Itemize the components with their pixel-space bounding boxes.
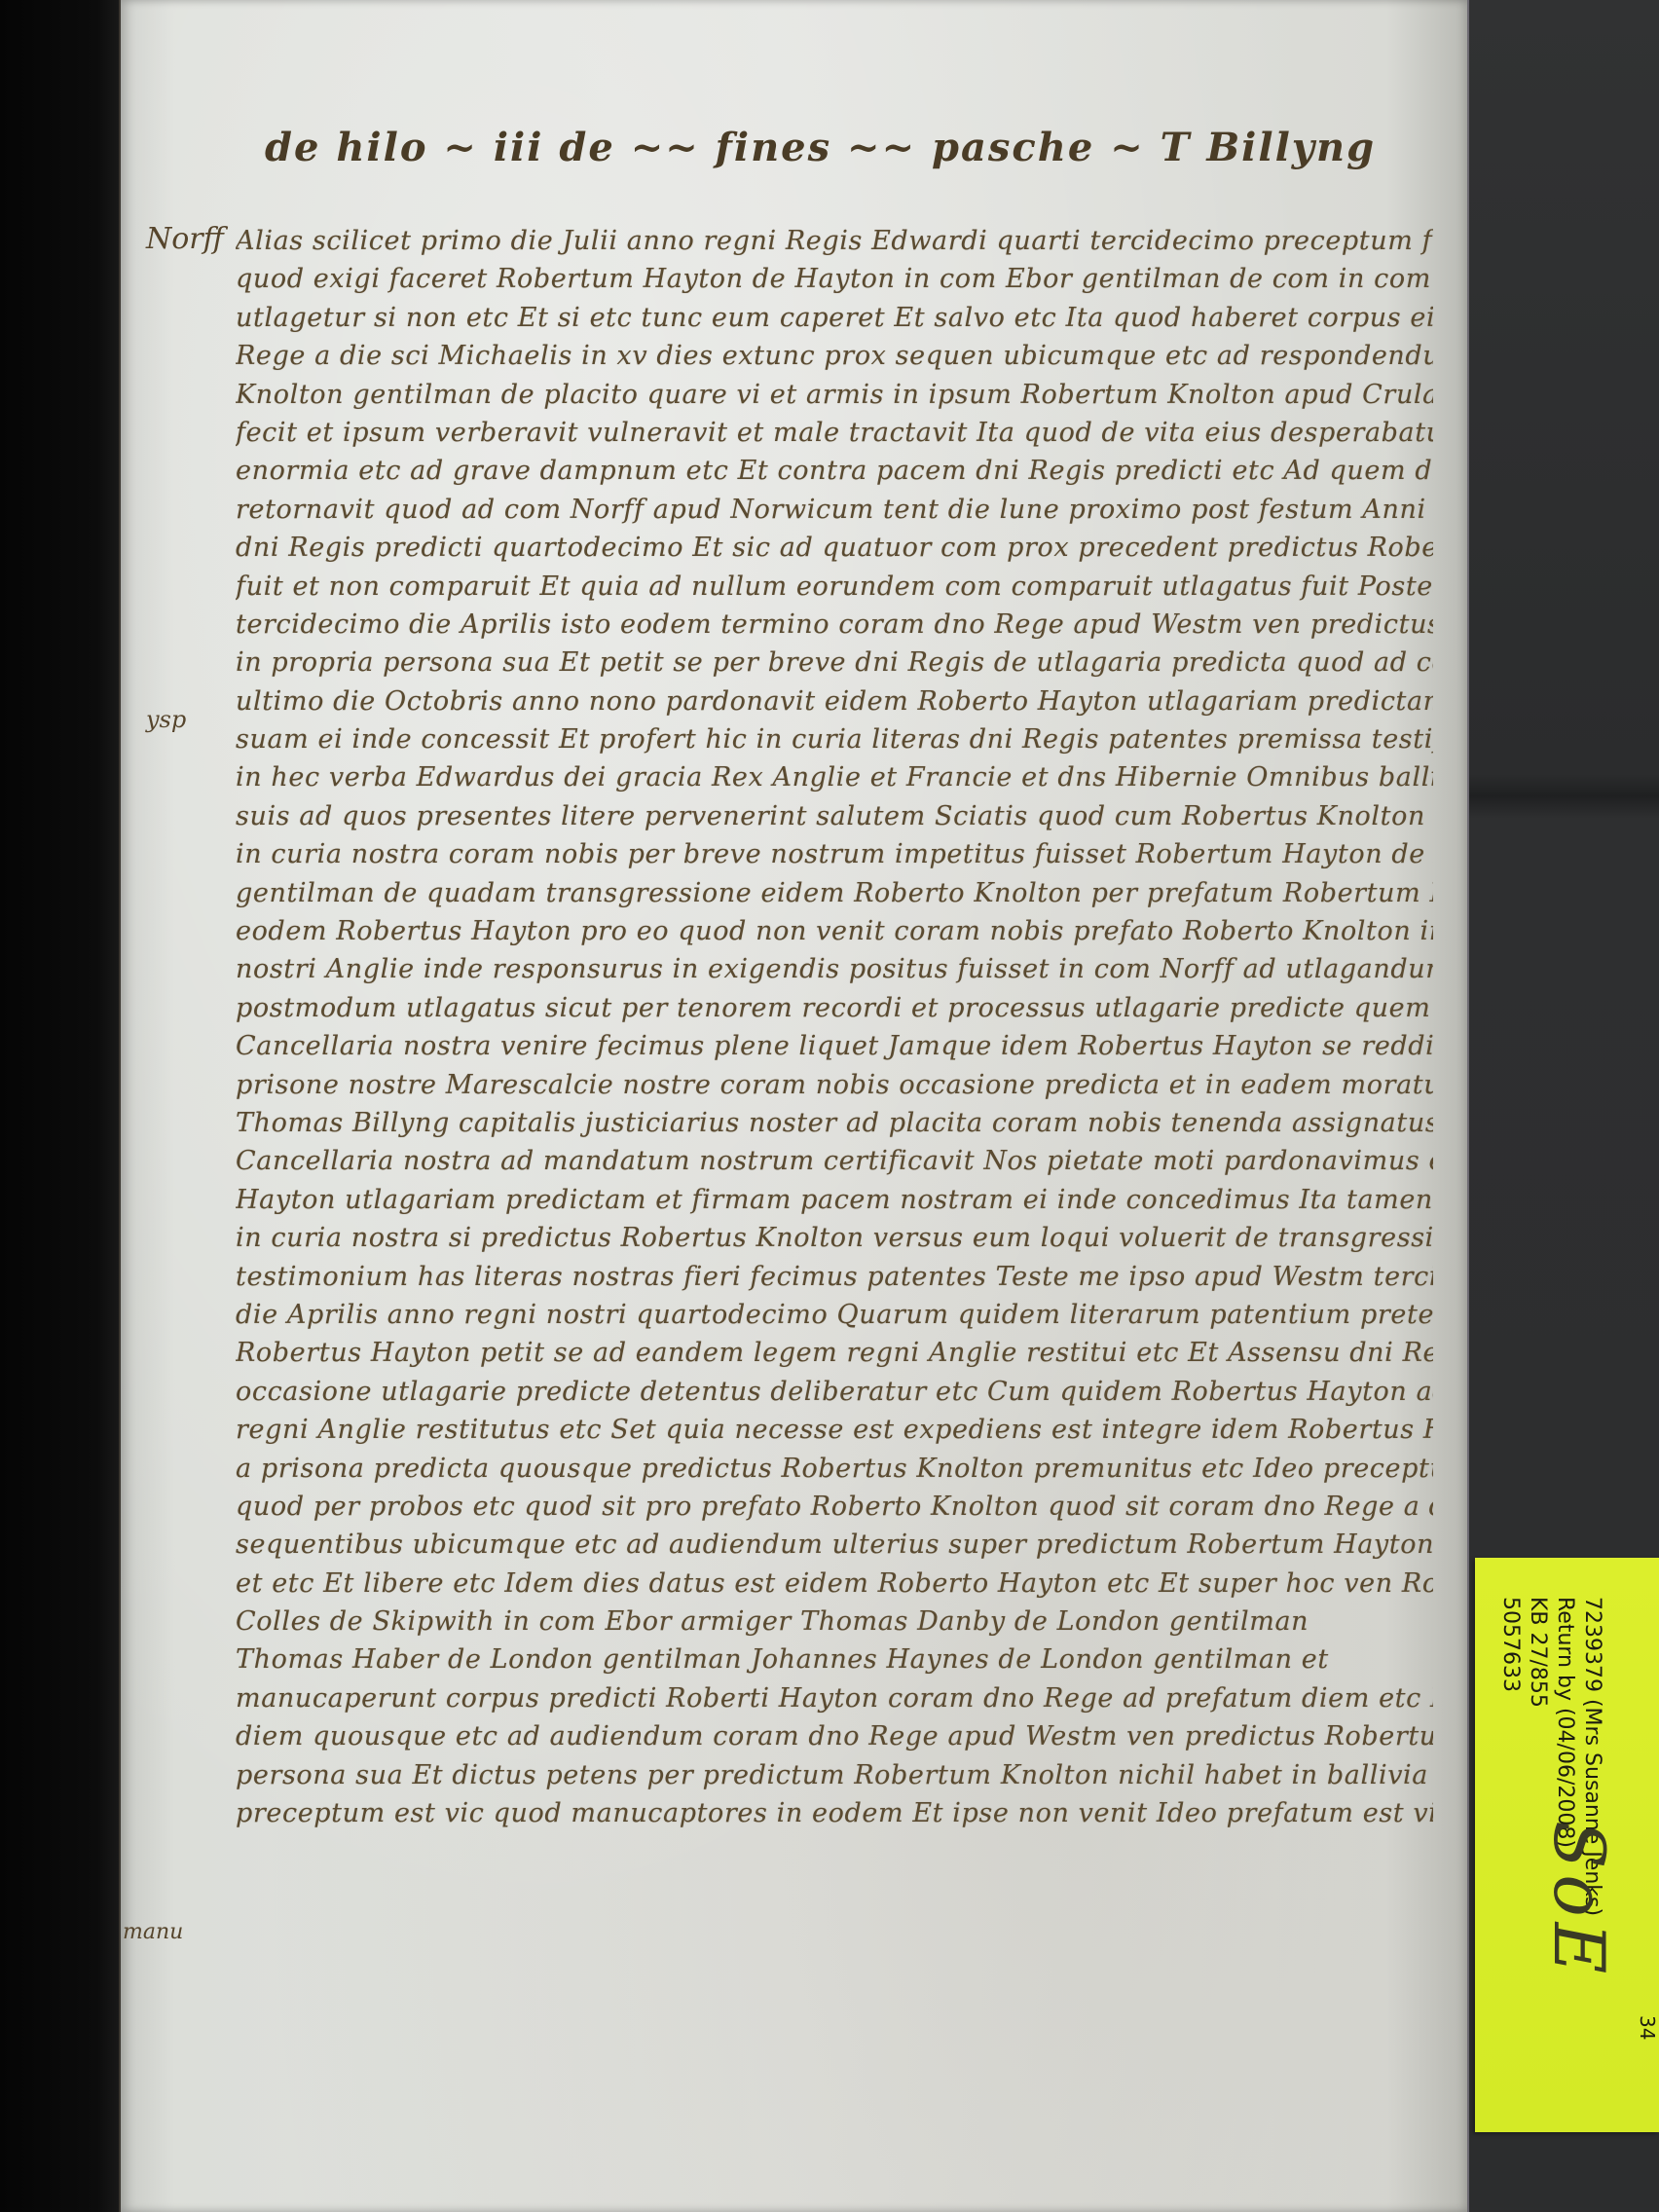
manuscript-line: in curia nostra si predictus Robertus Kn… — [236, 1219, 1433, 1257]
manuscript-line: Cancellaria nostra ad mandatum nostrum c… — [236, 1142, 1433, 1180]
manuscript-line: ultimo die Octobris anno nono pardonavit… — [236, 682, 1433, 720]
manuscript-line: in propria persona sua Et petit se per b… — [236, 644, 1433, 682]
manuscript-line: quod exigi faceret Robertum Hayton de Ha… — [236, 260, 1433, 298]
dark-left-background — [0, 0, 122, 2212]
manuscript-line: Alias scilicet primo die Julii anno regn… — [236, 222, 1433, 260]
manuscript-line: regni Anglie restitutus etc Set quia nec… — [236, 1411, 1433, 1449]
manuscript-line: Thomas Haber de London gentilman Johanne… — [236, 1641, 1433, 1678]
manuscript-line: suis ad quos presentes litere pervenerin… — [236, 797, 1433, 835]
call-slip-handwritten-initials: SoE — [1538, 1821, 1620, 1979]
manuscript-line: in hec verba Edwardus dei gracia Rex Ang… — [236, 758, 1433, 796]
manuscript-line: Cancellaria nostra venire fecimus plene … — [236, 1027, 1433, 1065]
manuscript-line: Rege a die sci Michaelis in xv dies extu… — [236, 337, 1433, 375]
manuscript-line: quod per probos etc quod sit pro prefato… — [236, 1488, 1433, 1526]
manuscript-line: Hayton utlagariam predictam et firmam pa… — [236, 1181, 1433, 1219]
manuscript-line: retornavit quod ad com Norff apud Norwic… — [236, 491, 1433, 529]
manuscript-line: persona sua Et dictus petens per predict… — [236, 1756, 1433, 1794]
membrane-heading: de hilo ~ iii de ~~ fines ~~ pasche ~ T … — [265, 125, 1433, 170]
manuscript-line: utlagetur si non etc Et si etc tunc eum … — [236, 299, 1433, 337]
manuscript-line: Colles de Skipwith in com Ebor armiger T… — [236, 1603, 1433, 1641]
manuscript-line: manucaperunt corpus predicti Roberti Hay… — [236, 1679, 1433, 1717]
manuscript-line: eodem Robertus Hayton pro eo quod non ve… — [236, 912, 1433, 950]
call-slip-label: 5057633 KB 27/855 Return by (04/06/2008)… — [1475, 1558, 1659, 2132]
manuscript-body: Alias scilicet primo die Julii anno regn… — [236, 222, 1433, 1832]
manuscript-line: diem quousque etc ad audiendum coram dno… — [236, 1717, 1433, 1755]
call-slip-request-number: 5057633 — [1498, 1597, 1523, 1692]
manuscript-line: sequentibus ubicumque etc ad audiendum u… — [236, 1526, 1433, 1564]
manuscript-line: postmodum utlagatus sicut per tenorem re… — [236, 989, 1433, 1027]
manuscript-line: testimonium has literas nostras fieri fe… — [236, 1258, 1433, 1296]
manuscript-line: nostri Anglie inde responsurus in exigen… — [236, 950, 1433, 988]
manuscript-line: suam ei inde concessit Et profert hic in… — [236, 720, 1433, 758]
manuscript-line: gentilman de quadam transgressione eidem… — [236, 874, 1433, 912]
manuscript-line: tercidecimo die Aprilis isto eodem termi… — [236, 606, 1433, 644]
manuscript-line: fecit et ipsum verberavit vulneravit et … — [236, 414, 1433, 452]
call-slip-page-number: 34 — [1636, 2015, 1659, 2040]
manuscript-line: et etc Et libere etc Idem dies datus est… — [236, 1565, 1433, 1603]
call-slip-return-date: Return by (04/06/2008) — [1553, 1597, 1577, 1848]
manuscript-line: enormia etc ad grave dampnum etc Et cont… — [236, 452, 1433, 490]
manuscript-line: Knolton gentilman de placito quare vi et… — [236, 376, 1433, 414]
manuscript-line: prisone nostre Marescalcie nostre coram … — [236, 1066, 1433, 1104]
call-slip-rotated-content: 5057633 KB 27/855 Return by (04/06/2008)… — [1475, 1558, 1659, 2132]
manuscript-line: in curia nostra coram nobis per breve no… — [236, 835, 1433, 873]
call-slip-document-reference: KB 27/855 — [1526, 1597, 1550, 1708]
manuscript-line: fuit et non comparuit Et quia ad nullum … — [236, 568, 1433, 606]
manuscript-line: preceptum est vic quod manucaptores in e… — [236, 1794, 1433, 1832]
manuscript-line: Robertus Hayton petit se ad eandem legem… — [236, 1334, 1433, 1372]
manuscript-line: dni Regis predicti quartodecimo Et sic a… — [236, 529, 1433, 567]
manuscript-line: a prisona predicta quousque predictus Ro… — [236, 1450, 1433, 1488]
manuscript-line: occasione utlagarie predicte detentus de… — [236, 1373, 1433, 1411]
margin-note-manu: manu — [123, 1920, 183, 1944]
margin-note-county: Norff — [146, 222, 224, 256]
manuscript-line: Thomas Billyng capitalis justiciarius no… — [236, 1104, 1433, 1142]
margin-note-ysp: ysp — [146, 706, 186, 733]
manuscript-line: die Aprilis anno regni nostri quartodeci… — [236, 1296, 1433, 1334]
